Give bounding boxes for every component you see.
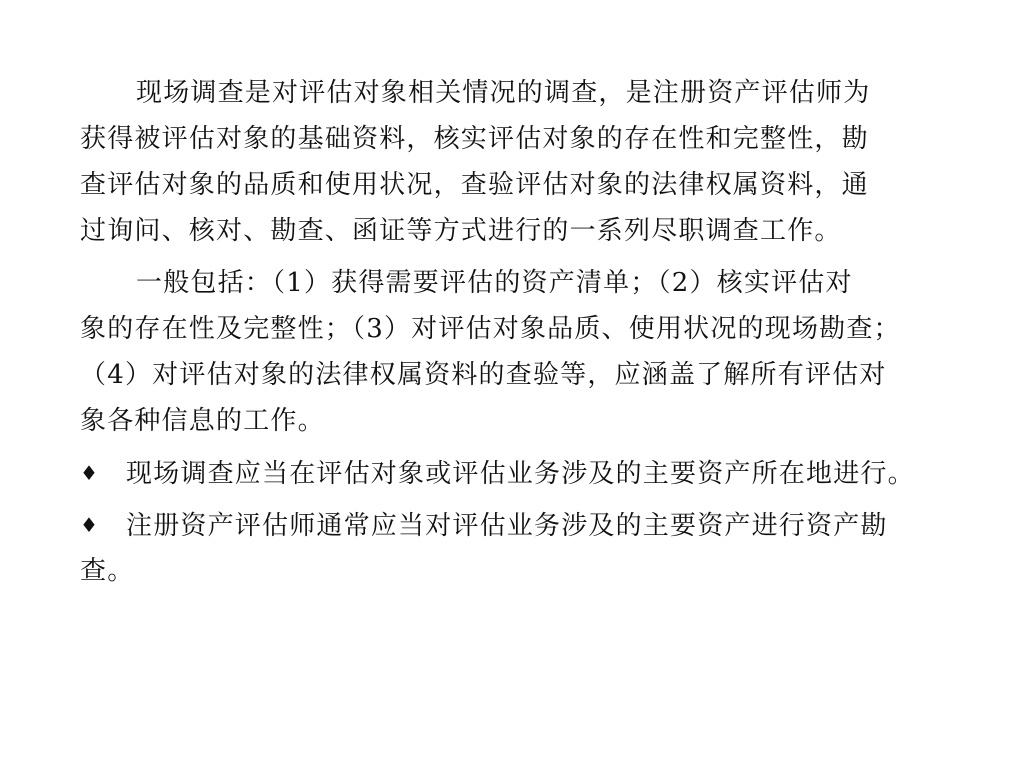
bullet-text: 现场调查应当在评估对象或评估业务涉及的主要资产所在地进行。 bbox=[126, 459, 915, 489]
text-line: 获得被评估对象的基础资料，核实评估对象的存在性和完整性，勘 bbox=[80, 124, 869, 154]
text-line: ♦现场调查应当在评估对象或评估业务涉及的主要资产所在地进行。 bbox=[80, 458, 915, 489]
text-line: 过询问、核对、勘查、函证等方式进行的一系列尽职调查工作。 bbox=[80, 216, 842, 246]
text-line: 象各种信息的工作。 bbox=[80, 406, 325, 436]
text-line: 一般包括：（1）获得需要评估的资产清单；（2）核实评估对 bbox=[136, 268, 853, 298]
text-line: 查。 bbox=[80, 556, 134, 586]
bullet-text: 注册资产评估师通常应当对评估业务涉及的主要资产进行资产勘 bbox=[126, 511, 888, 541]
diamond-bullet-icon: ♦ bbox=[80, 510, 126, 540]
text-line: 查评估对象的品质和使用状况，查验评估对象的法律权属资料，通 bbox=[80, 170, 869, 200]
text-line: （4）对评估对象的法律权属资料的查验等，应涵盖了解所有评估对 bbox=[80, 360, 887, 390]
diamond-bullet-icon: ♦ bbox=[80, 458, 126, 488]
text-line: 现场调查是对评估对象相关情况的调查，是注册资产评估师为 bbox=[136, 78, 870, 108]
slide: 现场调查是对评估对象相关情况的调查，是注册资产评估师为 获得被评估对象的基础资料… bbox=[0, 0, 1024, 768]
text-line: 象的存在性及完整性；（3）对评估对象品质、使用状况的现场勘查； bbox=[80, 314, 901, 344]
text-line: ♦注册资产评估师通常应当对评估业务涉及的主要资产进行资产勘 bbox=[80, 510, 888, 541]
